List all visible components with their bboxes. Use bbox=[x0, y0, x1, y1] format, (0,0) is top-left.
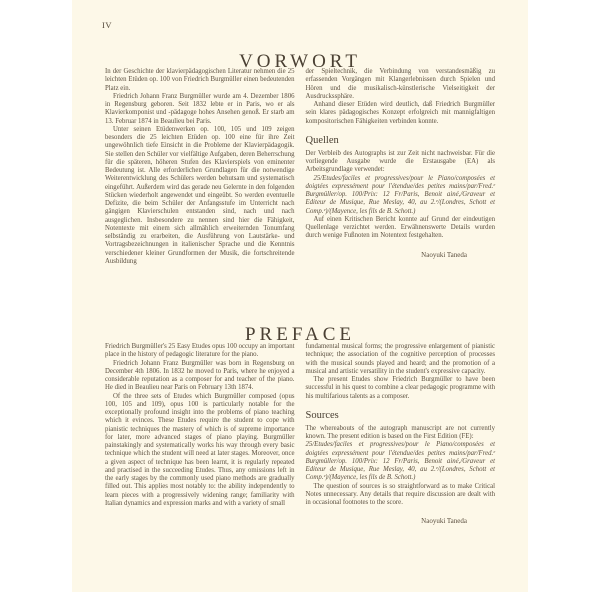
preface-right-column: fundamental musical forms; the progressi… bbox=[306, 343, 496, 525]
preface-left-column: Friedrich Burgmüller's 25 Easy Etudes op… bbox=[105, 343, 295, 525]
paragraph: The present Etudes show Friedrich Burgmü… bbox=[306, 376, 496, 401]
paragraph: fundamental musical forms; the progressi… bbox=[306, 343, 496, 376]
vorwort-columns: In der Geschichte der klavierpädagogisch… bbox=[105, 68, 495, 266]
paragraph: Of the three sets of Etudes which Burgmü… bbox=[105, 393, 295, 509]
vorwort-right-column: der Spieltechnik, die Verbindung von ver… bbox=[306, 68, 496, 266]
paragraph: Friedrich Johann Franz Burgmüller wurde … bbox=[105, 93, 295, 126]
paragraph: Der Verbleib des Autographs ist zur Zeit… bbox=[306, 150, 496, 175]
paragraph: The whereabouts of the autograph manuscr… bbox=[306, 425, 496, 442]
paragraph: der Spieltechnik, die Verbindung von ver… bbox=[306, 68, 496, 101]
book-page: IV VORWORT In der Geschichte der klavier… bbox=[72, 0, 528, 592]
author-signature: Naoyuki Taneda bbox=[306, 517, 496, 525]
paragraph: Friedrich Burgmüller's 25 Easy Etudes op… bbox=[105, 343, 295, 360]
source-citation: 25/Etudes/faciles et progressives/pour l… bbox=[306, 175, 496, 216]
paragraph: The question of sources is so straightfo… bbox=[306, 483, 496, 508]
paragraph: Friedrich Johann Franz Burgmüller was bo… bbox=[105, 360, 295, 393]
paragraph: Anhand dieser Etüden wird deutlich, daß … bbox=[306, 101, 496, 126]
paragraph: Auf einen Kritischen Bericht konnte auf … bbox=[306, 216, 496, 241]
paragraph: In der Geschichte der klavierpädagogisch… bbox=[105, 68, 295, 93]
sources-heading: Sources bbox=[306, 410, 496, 422]
vorwort-left-column: In der Geschichte der klavierpädagogisch… bbox=[105, 68, 295, 266]
author-signature: Naoyuki Taneda bbox=[306, 251, 496, 259]
quellen-heading: Quellen bbox=[306, 135, 496, 147]
preface-columns: Friedrich Burgmüller's 25 Easy Etudes op… bbox=[105, 343, 495, 525]
page-number: IV bbox=[102, 20, 112, 30]
source-citation: 25/Etudes/faciles et progressives/pour l… bbox=[306, 441, 496, 482]
paragraph: Unter seinen Etüdenwerken op. 100, 105 u… bbox=[105, 126, 295, 266]
